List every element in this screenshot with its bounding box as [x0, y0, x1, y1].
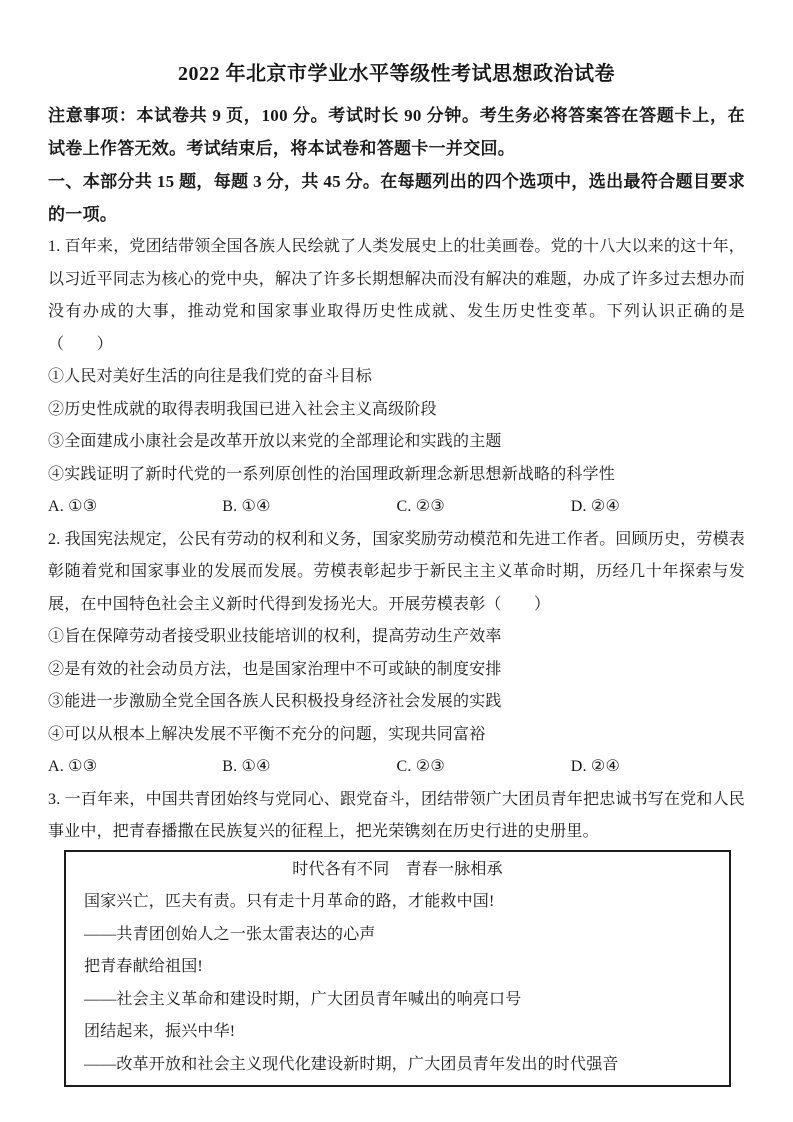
page-title: 2022 年北京市学业水平等级性考试思想政治试卷: [48, 60, 745, 88]
question-1-stem: 1. 百年来，党团结带领全国各族人民绘就了人类发展史上的壮美画卷。党的十八大以来…: [48, 231, 745, 361]
question-3: 3. 一百年来，中国共青团始终与党同心、跟党奋斗，团结带领广大团员青年把忠诚书写…: [48, 784, 745, 1088]
question-2-option-b: B. ①④: [222, 751, 396, 784]
question-2-item-2: ②是有效的社会动员方法，也是国家治理中不可或缺的制度安排: [48, 654, 745, 687]
question-1-option-c: C. ②③: [397, 491, 571, 524]
quote-box-line-6: ——改革开放和社会主义现代化建设新时期，广大团员青年发出的时代强音: [84, 1049, 711, 1082]
question-2-item-3: ③能进一步激励全党全国各族人民积极投身经济社会发展的实践: [48, 686, 745, 719]
quote-box-line-2: ——共青团创始人之一张太雷表达的心声: [84, 919, 711, 952]
question-2-option-d: D. ②④: [571, 751, 745, 784]
question-3-stem: 3. 一百年来，中国共青团始终与党同心、跟党奋斗，团结带领广大团员青年把忠诚书写…: [48, 784, 745, 849]
question-2: 2. 我国宪法规定，公民有劳动的权利和义务，国家奖励劳动模范和先进工作者。回顾历…: [48, 524, 745, 784]
question-1-option-b: B. ①④: [222, 491, 396, 524]
question-1-option-a: A. ①③: [48, 491, 222, 524]
question-1: 1. 百年来，党团结带领全国各族人民绘就了人类发展史上的壮美画卷。党的十八大以来…: [48, 231, 745, 524]
question-2-option-c: C. ②③: [397, 751, 571, 784]
question-1-option-d: D. ②④: [571, 491, 745, 524]
question-2-option-a: A. ①③: [48, 751, 222, 784]
question-1-item-2: ②历史性成就的取得表明我国已进入社会主义高级阶段: [48, 394, 745, 427]
question-1-item-1: ①人民对美好生活的向往是我们党的奋斗目标: [48, 361, 745, 394]
section-one-heading: 一、本部分共 15 题，每题 3 分，共 45 分。在每题列出的四个选项中，选出…: [48, 165, 745, 231]
question-2-item-4: ④可以从根本上解决发展不平衡不充分的问题，实现共同富裕: [48, 719, 745, 752]
quote-box-line-3: 把青春献给祖国!: [84, 951, 711, 984]
question-2-options: A. ①③ B. ①④ C. ②③ D. ②④: [48, 751, 745, 784]
quote-box-line-1: 国家兴亡，匹夫有责。只有走十月革命的路，才能救中国!: [84, 886, 711, 919]
question-1-item-4: ④实践证明了新时代党的一系列原创性的治国理政新理念新思想新战略的科学性: [48, 459, 745, 492]
question-3-quote-box: 时代各有不同 青春一脉相承 国家兴亡，匹夫有责。只有走十月革命的路，才能救中国!…: [64, 850, 731, 1088]
question-2-item-1: ①旨在保障劳动者接受职业技能培训的权利，提高劳动生产效率: [48, 621, 745, 654]
quote-box-title: 时代各有不同 青春一脉相承: [84, 854, 711, 887]
quote-box-line-5: 团结起来，振兴中华!: [84, 1016, 711, 1049]
exam-paper-page: 2022 年北京市学业水平等级性考试思想政治试卷 注意事项：本试卷共 9 页，1…: [0, 0, 793, 1087]
exam-notice: 注意事项：本试卷共 9 页，100 分。考试时长 90 分钟。考生务必将答案答在…: [48, 99, 745, 165]
question-1-options: A. ①③ B. ①④ C. ②③ D. ②④: [48, 491, 745, 524]
question-1-item-3: ③全面建成小康社会是改革开放以来党的全部理论和实践的主题: [48, 426, 745, 459]
question-2-stem: 2. 我国宪法规定，公民有劳动的权利和义务，国家奖励劳动模范和先进工作者。回顾历…: [48, 524, 745, 622]
quote-box-line-4: ——社会主义革命和建设时期，广大团员青年喊出的响亮口号: [84, 984, 711, 1017]
